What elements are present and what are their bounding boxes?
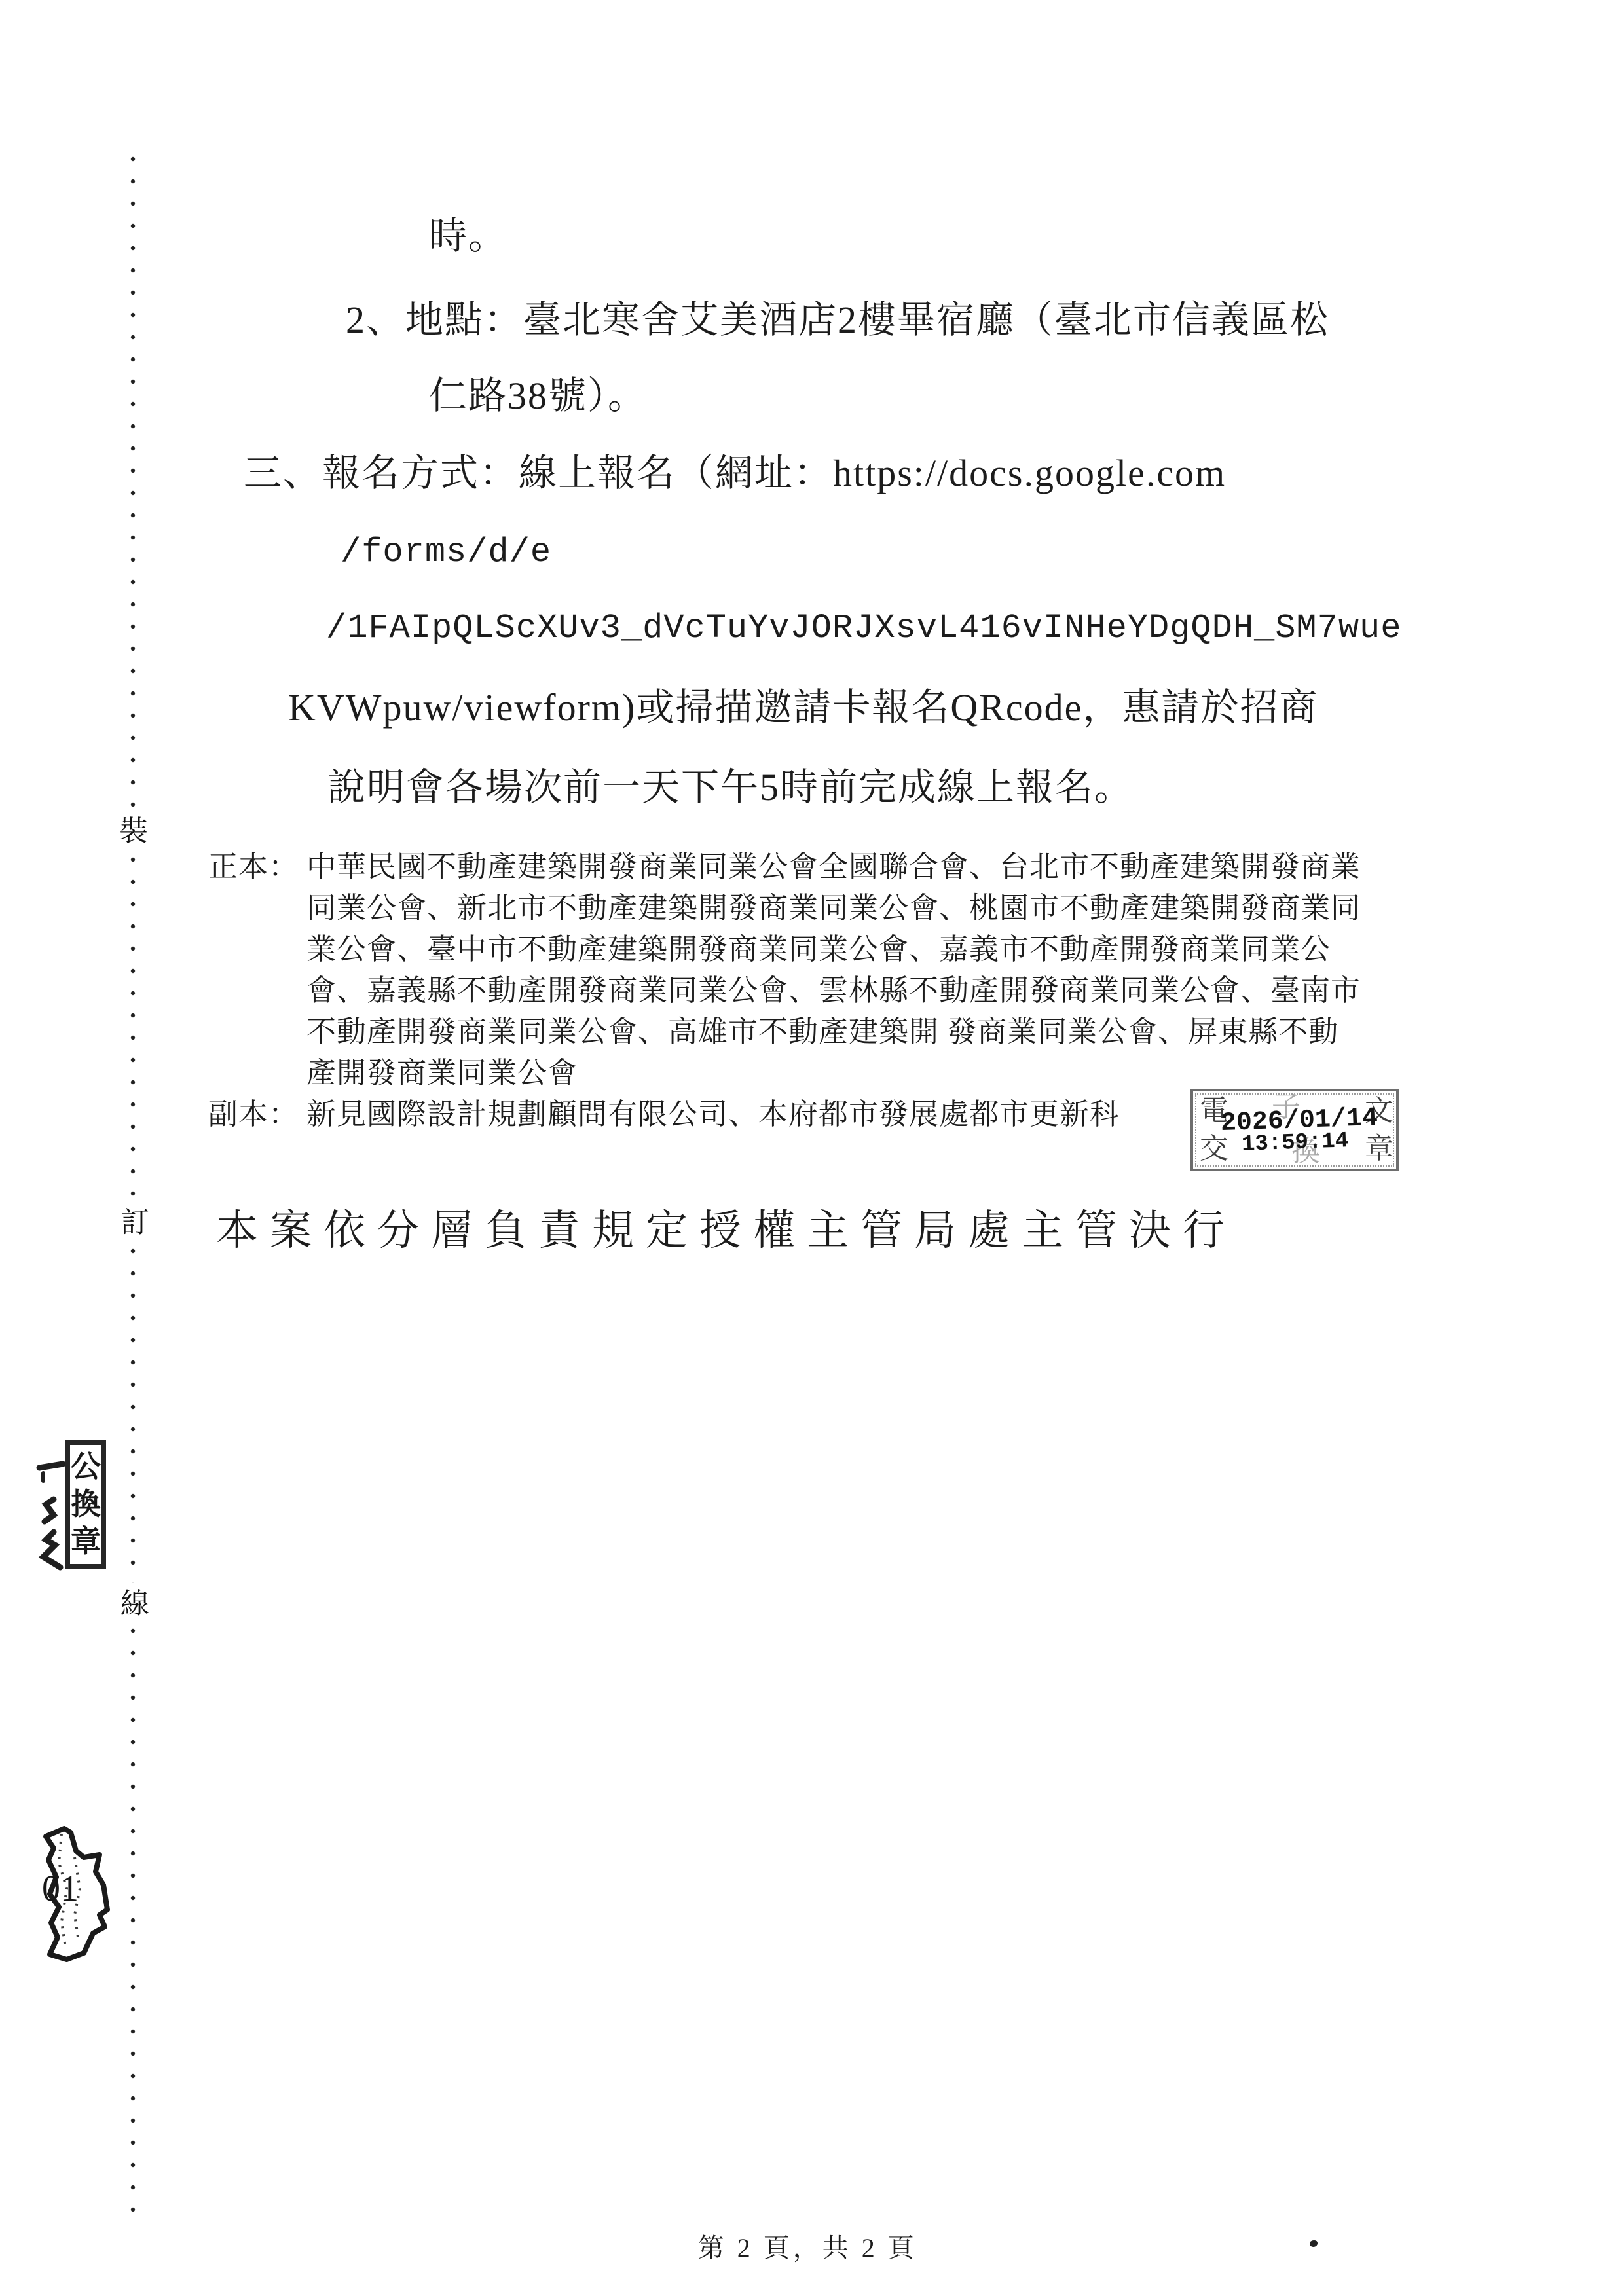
original-copy-line: 產開發商業同業公會 xyxy=(306,1059,578,1088)
stamp-char-zhang: 章 xyxy=(1365,1135,1393,1163)
seal-fragment-strokes xyxy=(34,1459,65,1576)
binding-dotted-line-segment xyxy=(130,856,136,1202)
electronic-exchange-stamp: 電 交 子 換 文 章 2026/01/14 13:59:14 xyxy=(1190,1089,1399,1171)
body-item3-line1: 三、報名方式：線上報名（網址：https://docs.google.com xyxy=(244,454,1226,492)
binding-dotted-line-segment xyxy=(130,1248,136,1583)
body-item3-url-line3: /1FAIpQLScXUv3_dVcTuYvJORJXsvL416vINHeYD… xyxy=(326,611,1401,646)
binding-mark-xian: 線 xyxy=(120,1590,149,1618)
carbon-copy-label: 副本： xyxy=(208,1100,299,1129)
original-copy-line: 中華民國不動產建築開發商業同業公會全國聯合會、台北市不動產建築開發商業 xyxy=(306,852,1361,882)
binding-mark-zhuang: 裝 xyxy=(119,817,148,846)
body-item3-url-line2: /forms/d/e xyxy=(341,536,551,570)
original-copy-label: 正本： xyxy=(208,852,299,882)
page-number-footer: 第 2 頁，共 2 頁 xyxy=(698,2235,917,2261)
seal-char: 公 xyxy=(71,1452,101,1482)
original-copy-line: 不動產開發商業同業公會、高雄市不動產建築開 發商業同業公會、屏東縣不動 xyxy=(306,1017,1338,1047)
body-item3-line5: 說明會各場次前一天下午5時前完成線上報名。 xyxy=(327,769,1134,807)
stamp-char-jiao: 交 xyxy=(1200,1135,1228,1163)
body-item2-line1: 2、地點：臺北寒舍艾美酒店2樓畢宿廳（臺北市信義區松 xyxy=(346,301,1329,339)
decision-authorization-note: 本案依分層負責規定授權主管局處主管決行 xyxy=(216,1210,1236,1252)
paper-exchange-seal: 公 換 章 xyxy=(65,1440,106,1569)
binding-dotted-line-segment xyxy=(130,1628,136,2219)
body-item3-line4: KVWpuw/viewform)或掃描邀請卡報名QRcode，惠請於招商 xyxy=(288,689,1318,727)
seal-char: 章 xyxy=(71,1527,101,1557)
stamp-time: 13:59:14 xyxy=(1241,1130,1348,1156)
torn-mark-artifact: 01 xyxy=(33,1817,118,1967)
original-copy-line: 會、嘉義縣不動產開發商業同業公會、雲林縣不動產開發商業同業公會、臺南市 xyxy=(306,976,1361,1006)
scanned-document-page: 裝 訂 線 時。 2、地點：臺北寒舍艾美酒店2樓畢宿廳（臺北市信義區松 仁路38… xyxy=(0,0,1624,2296)
ink-speck xyxy=(1310,2240,1318,2247)
seal-char: 換 xyxy=(71,1489,101,1520)
torn-mark-number: 01 xyxy=(42,1868,79,1909)
body-item2-line2: 仁路38號）。 xyxy=(429,377,647,415)
original-copy-line: 同業公會、新北市不動產建築開發商業同業公會、桃園市不動產建築開發商業同 xyxy=(306,894,1361,923)
binding-dotted-line-segment xyxy=(130,156,136,808)
original-copy-line: 業公會、臺中市不動產建築開發商業同業公會、嘉義市不動產開發商業同業公 xyxy=(306,935,1331,964)
carbon-copy-text: 新見國際設計規劃顧問有限公司、本府都市發展處都市更新科 xyxy=(306,1100,1120,1129)
binding-mark-ding: 訂 xyxy=(120,1209,149,1237)
body-line-time: 時。 xyxy=(429,217,507,255)
